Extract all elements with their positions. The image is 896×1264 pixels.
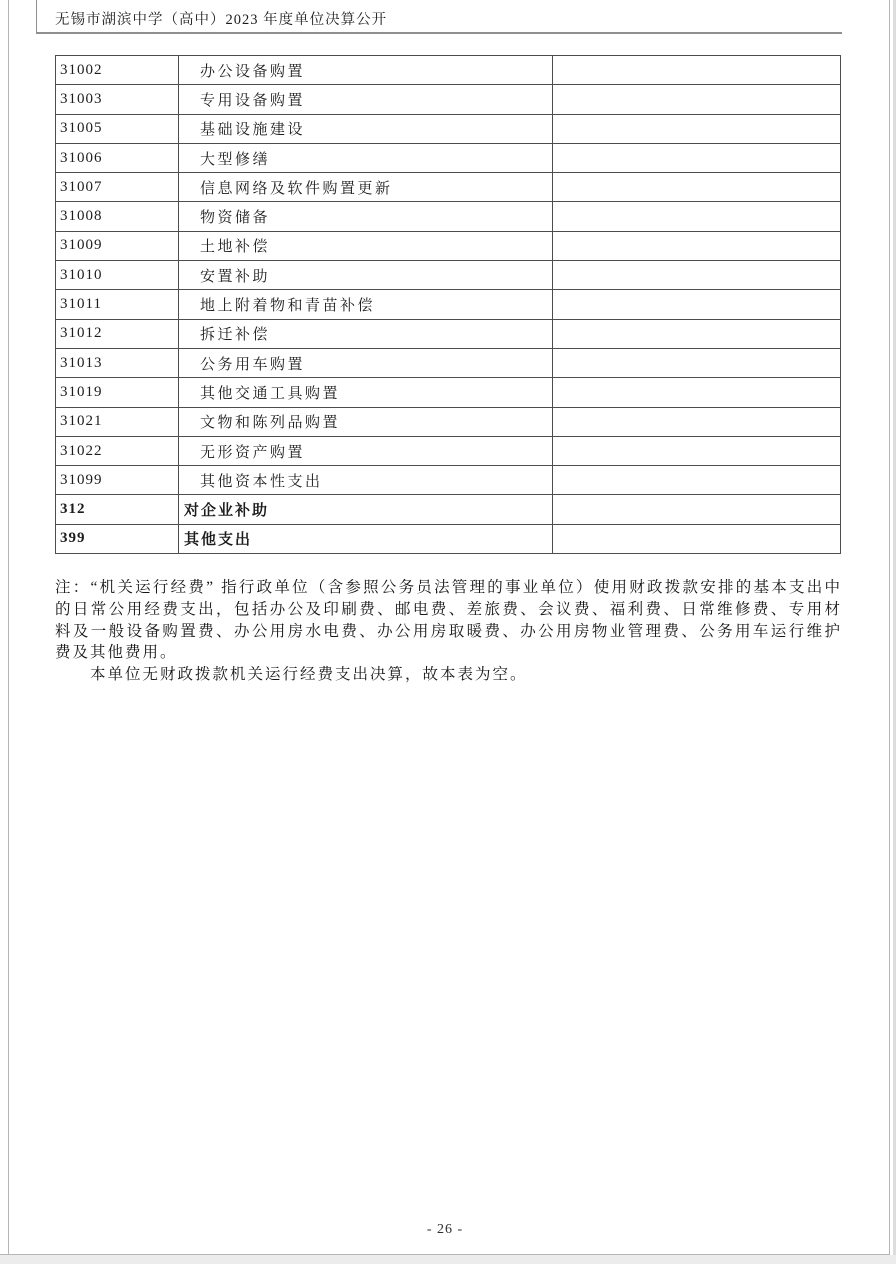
code-cell: 31011 xyxy=(56,290,179,319)
footnote-paragraph-2: 本单位无财政拨款机关运行经费支出决算，故本表为空。 xyxy=(55,664,842,686)
name-cell: 安置补助 xyxy=(179,261,553,290)
name-cell: 公务用车购置 xyxy=(179,348,553,377)
name-cell: 对企业补助 xyxy=(179,495,553,524)
header-rule xyxy=(36,32,842,34)
value-cell xyxy=(553,202,841,231)
code-cell: 31019 xyxy=(56,378,179,407)
page-header-title: 无锡市湖滨中学（高中）2023 年度单位决算公开 xyxy=(55,8,387,29)
name-cell: 文物和陈列品购置 xyxy=(179,407,553,436)
name-cell: 专用设备购置 xyxy=(179,85,553,114)
name-cell: 其他交通工具购置 xyxy=(179,378,553,407)
header-border-tick xyxy=(36,0,37,32)
name-cell: 地上附着物和青苗补偿 xyxy=(179,290,553,319)
name-cell: 信息网络及软件购置更新 xyxy=(179,173,553,202)
value-cell xyxy=(553,524,841,553)
name-cell: 其他支出 xyxy=(179,524,553,553)
page-edge-bottom-strip xyxy=(0,1255,896,1264)
table-row: 31007 信息网络及软件购置更新 xyxy=(56,173,841,202)
table-row: 31003 专用设备购置 xyxy=(56,85,841,114)
table-row: 31010 安置补助 xyxy=(56,261,841,290)
table-row: 31019 其他交通工具购置 xyxy=(56,378,841,407)
table-body: 31002 办公设备购置 31003 专用设备购置 31005 基础设施建设 xyxy=(56,56,841,554)
value-cell xyxy=(553,231,841,260)
value-cell xyxy=(553,436,841,465)
code-cell: 399 xyxy=(56,524,179,553)
table-row: 31005 基础设施建设 xyxy=(56,114,841,143)
name-cell: 物资储备 xyxy=(179,202,553,231)
page-edge-left xyxy=(8,0,9,1255)
code-cell: 31007 xyxy=(56,173,179,202)
code-cell: 31010 xyxy=(56,261,179,290)
value-cell xyxy=(553,348,841,377)
value-cell xyxy=(553,319,841,348)
table-row: 31012 拆迁补偿 xyxy=(56,319,841,348)
name-cell: 办公设备购置 xyxy=(179,56,553,85)
code-cell: 312 xyxy=(56,495,179,524)
document-page: 无锡市湖滨中学（高中）2023 年度单位决算公开 31002 办公设备购置 31… xyxy=(0,0,896,1264)
name-cell: 大型修缮 xyxy=(179,143,553,172)
code-cell: 31012 xyxy=(56,319,179,348)
code-cell: 31006 xyxy=(56,143,179,172)
value-cell xyxy=(553,143,841,172)
name-cell: 拆迁补偿 xyxy=(179,319,553,348)
value-cell xyxy=(553,407,841,436)
value-cell xyxy=(553,261,841,290)
code-cell: 31022 xyxy=(56,436,179,465)
expenditure-code-table: 31002 办公设备购置 31003 专用设备购置 31005 基础设施建设 xyxy=(55,55,841,554)
footnote: 注：“机关运行经费” 指行政单位（含参照公务员法管理的事业单位）使用财政拨款安排… xyxy=(55,577,842,686)
footnote-paragraph-1: 注：“机关运行经费” 指行政单位（含参照公务员法管理的事业单位）使用财政拨款安排… xyxy=(55,577,842,664)
page-number: - 26 - xyxy=(0,1222,890,1238)
value-cell xyxy=(553,85,841,114)
code-cell: 31013 xyxy=(56,348,179,377)
table-row: 312 对企业补助 xyxy=(56,495,841,524)
code-cell: 31008 xyxy=(56,202,179,231)
table-row: 31022 无形资产购置 xyxy=(56,436,841,465)
value-cell xyxy=(553,114,841,143)
table-row: 31099 其他资本性支出 xyxy=(56,466,841,495)
code-cell: 31002 xyxy=(56,56,179,85)
table-row: 31011 地上附着物和青苗补偿 xyxy=(56,290,841,319)
name-cell: 基础设施建设 xyxy=(179,114,553,143)
code-cell: 31099 xyxy=(56,466,179,495)
code-cell: 31003 xyxy=(56,85,179,114)
value-cell xyxy=(553,466,841,495)
value-cell xyxy=(553,495,841,524)
value-cell xyxy=(553,290,841,319)
name-cell: 无形资产购置 xyxy=(179,436,553,465)
name-cell: 土地补偿 xyxy=(179,231,553,260)
table-row: 31008 物资储备 xyxy=(56,202,841,231)
table-row: 31013 公务用车购置 xyxy=(56,348,841,377)
table-row: 31006 大型修缮 xyxy=(56,143,841,172)
table-row: 399 其他支出 xyxy=(56,524,841,553)
table-row: 31002 办公设备购置 xyxy=(56,56,841,85)
table-row: 31021 文物和陈列品购置 xyxy=(56,407,841,436)
page-edge-right-line xyxy=(889,0,890,1264)
code-cell: 31005 xyxy=(56,114,179,143)
value-cell xyxy=(553,56,841,85)
code-cell: 31021 xyxy=(56,407,179,436)
name-cell: 其他资本性支出 xyxy=(179,466,553,495)
code-cell: 31009 xyxy=(56,231,179,260)
value-cell xyxy=(553,378,841,407)
table-row: 31009 土地补偿 xyxy=(56,231,841,260)
value-cell xyxy=(553,173,841,202)
